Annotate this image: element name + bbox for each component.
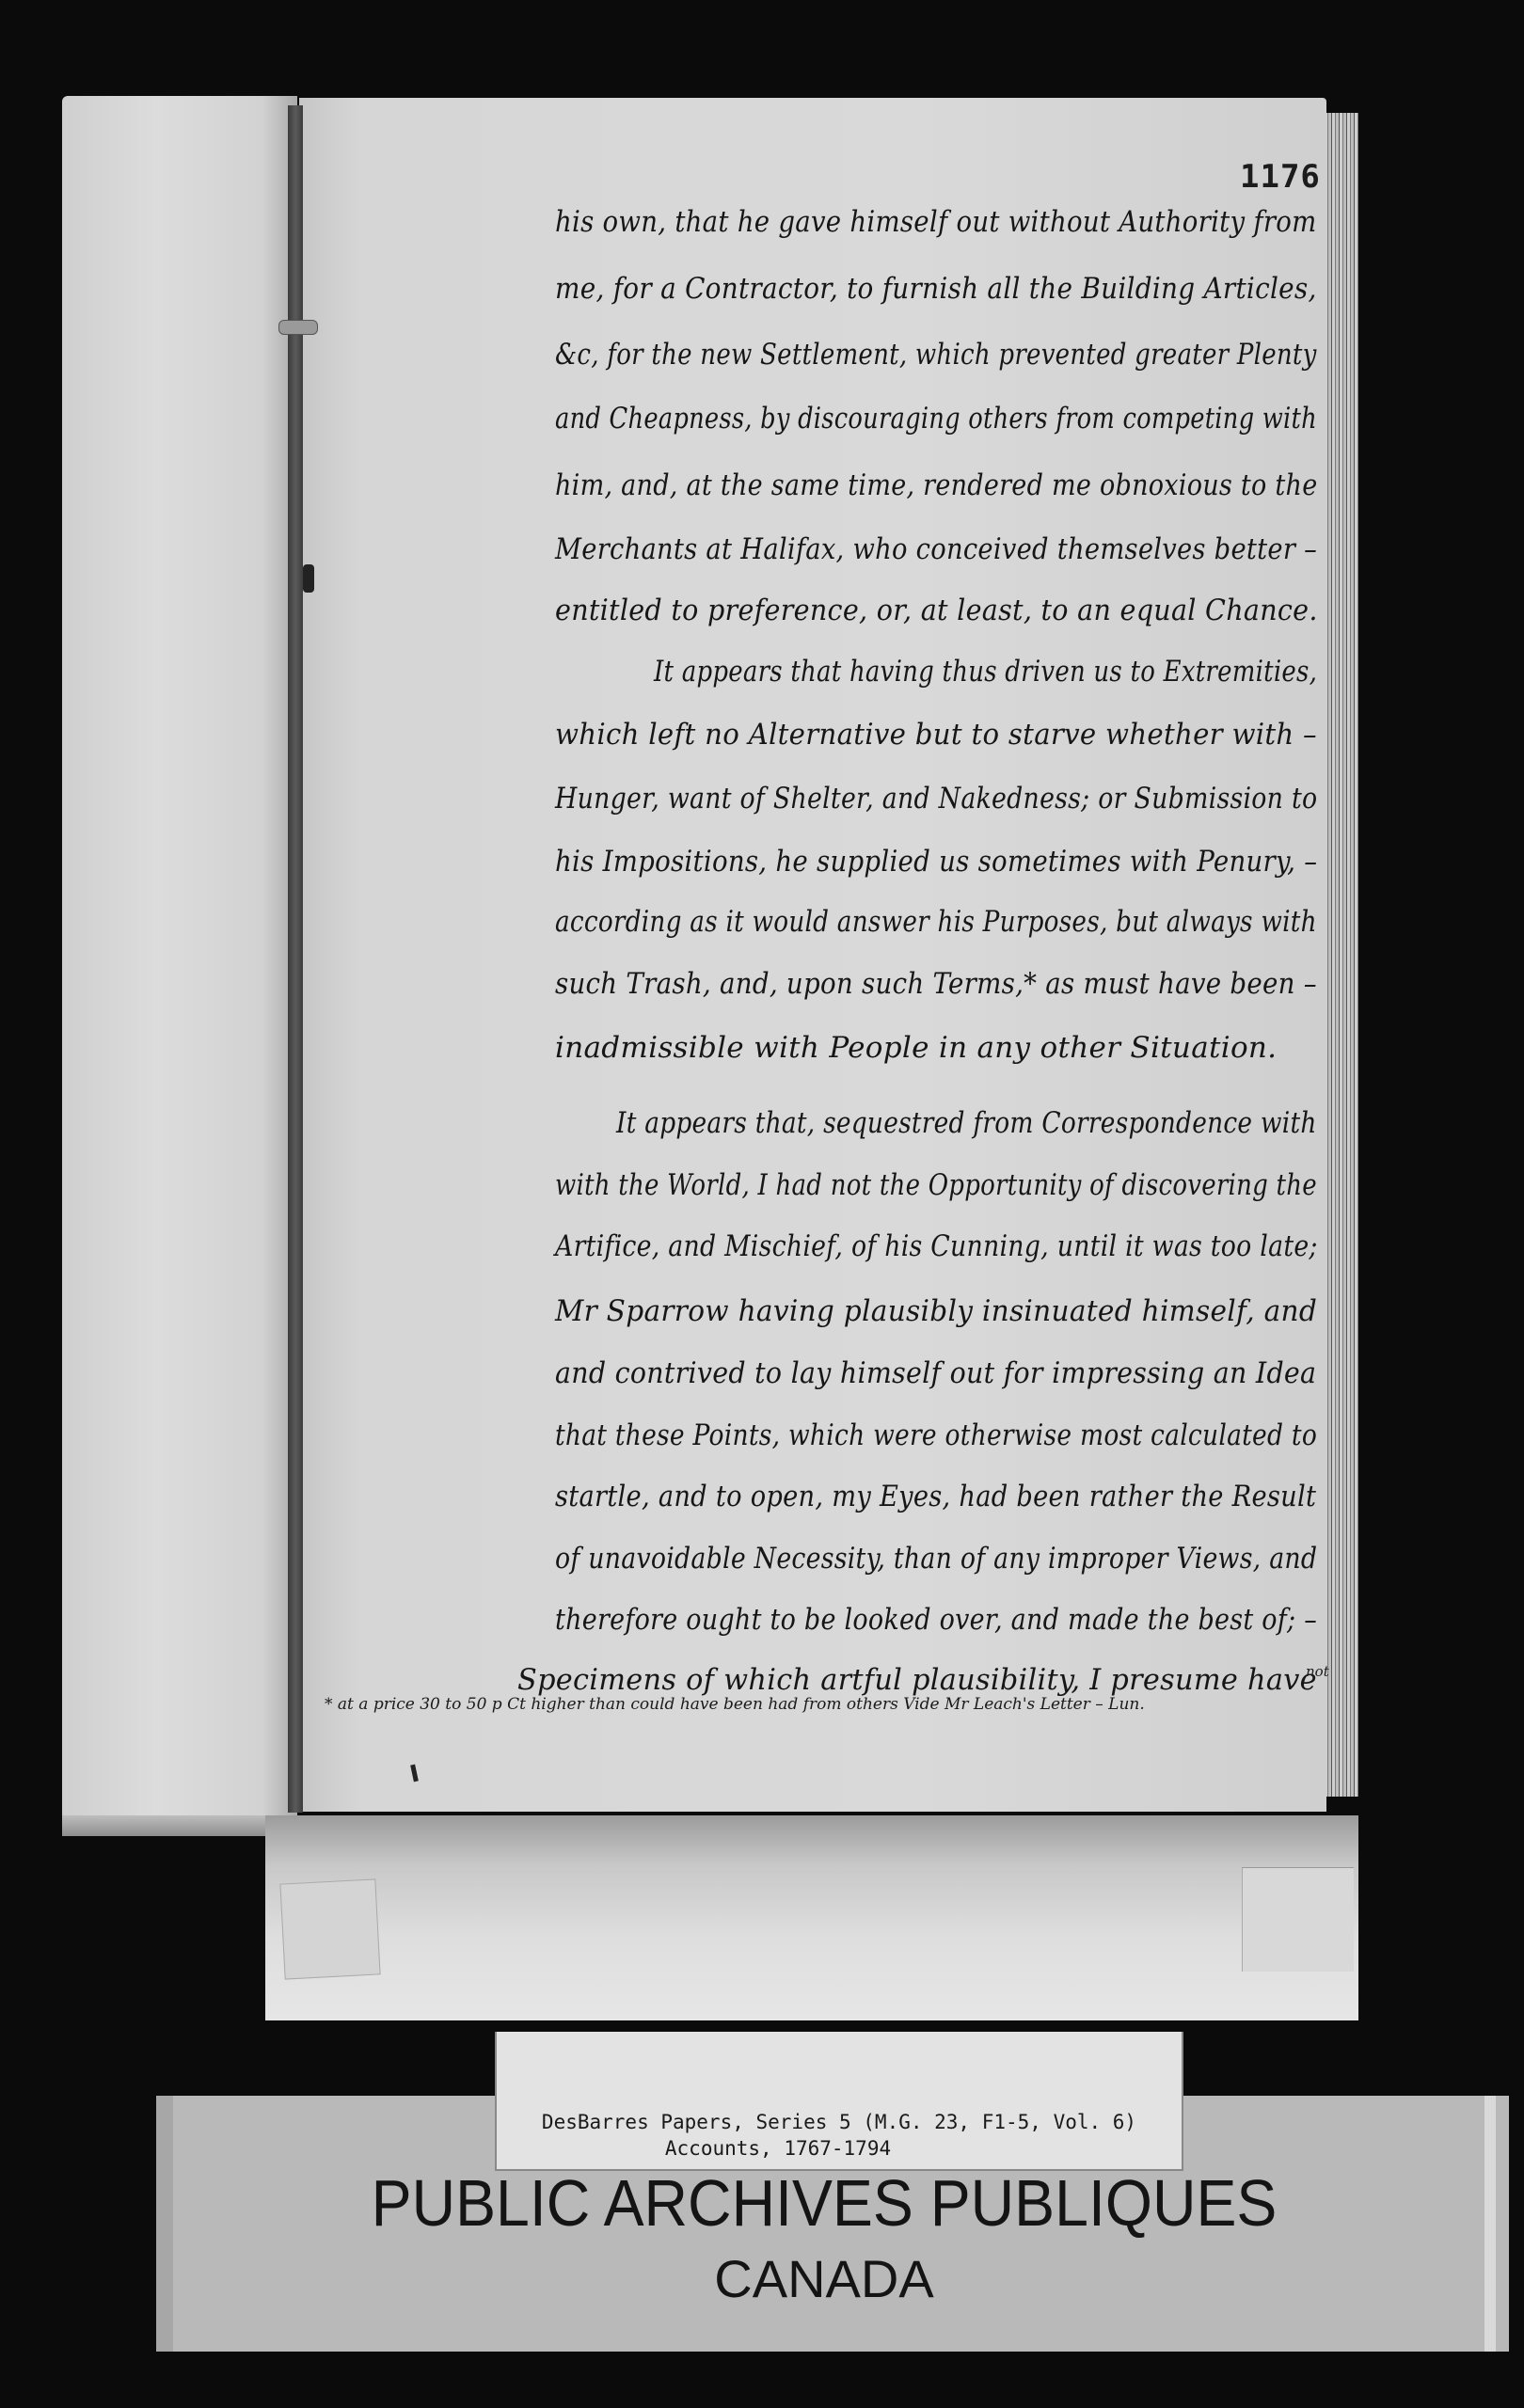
- manuscript-line: and contrived to lay himself out for imp…: [555, 1356, 1316, 1390]
- manuscript-line-paragraph-start: Specimens of which artful plausibility, …: [517, 1663, 1317, 1697]
- manuscript-line: with the World, I had not the Opportunit…: [555, 1168, 1317, 1202]
- manuscript-line: Artifice, and Mischief, of his Cunning, …: [555, 1229, 1318, 1263]
- interlinear-insertion: not: [1306, 1663, 1329, 1680]
- typed-reference-slip: DesBarres Papers, Series 5 (M.G. 23, F1-…: [495, 2032, 1183, 2171]
- manuscript-line: inadmissible with People in any other Si…: [555, 1031, 1277, 1065]
- paper-repair-patch: [279, 1878, 380, 1979]
- manuscript-line: that these Points, which were otherwise …: [555, 1418, 1317, 1452]
- left-blank-page: [62, 96, 297, 1834]
- page-edge-stack: [1325, 113, 1358, 1797]
- manuscript-line: entitled to preference, or, at least, to…: [555, 594, 1318, 627]
- book-gutter: [288, 105, 303, 1813]
- collection-reference: DesBarres Papers, Series 5 (M.G. 23, F1-…: [497, 2111, 1182, 2133]
- manuscript-line: Mr Sparrow having plausibly insinuated h…: [555, 1294, 1317, 1328]
- paper-repair-patch: [1242, 1867, 1354, 1972]
- collection-subtitle: Accounts, 1767-1794: [497, 2137, 1182, 2160]
- footnote: * at a price 30 to 50 p Ct higher than c…: [325, 1695, 1145, 1714]
- lower-paper-slip: [265, 1815, 1358, 2020]
- manuscript-line: according as it would answer his Purpose…: [555, 905, 1317, 939]
- left-page-bottom-edge: [62, 1815, 297, 1836]
- manuscript-line: me, for a Contractor, to furnish all the…: [555, 272, 1317, 306]
- binding-thread-icon: [278, 320, 318, 335]
- folio-number: 1176: [1240, 158, 1321, 196]
- manuscript-line: Hunger, want of Shelter, and Nakedness; …: [555, 782, 1317, 816]
- manuscript-line: which left no Alternative but to starve …: [555, 718, 1317, 752]
- manuscript-line: his Impositions, he supplied us sometime…: [555, 845, 1317, 879]
- manuscript-line: and Cheapness, by discouraging others fr…: [555, 402, 1317, 436]
- manuscript-line: such Trash, and, upon such Terms,* as mu…: [555, 967, 1317, 1001]
- archive-country: CANADA: [156, 2248, 1492, 2309]
- manuscript-line: therefore ought to be looked over, and m…: [555, 1603, 1317, 1637]
- manuscript-line: of unavoidable Necessity, than of any im…: [555, 1542, 1317, 1576]
- manuscript-line-paragraph-start: It appears that, sequestred from Corresp…: [616, 1106, 1317, 1140]
- manuscript-line: startle, and to open, my Eyes, had been …: [555, 1480, 1316, 1513]
- manuscript-line: his own, that he gave himself out withou…: [555, 205, 1317, 239]
- manuscript-line: Merchants at Halifax, who conceived them…: [555, 532, 1317, 566]
- archive-label-edge: [1484, 2096, 1496, 2352]
- manuscript-line-paragraph-start: It appears that having thus driven us to…: [654, 655, 1317, 689]
- archive-title: PUBLIC ARCHIVES PUBLIQUES: [210, 2165, 1438, 2241]
- manuscript-line: &c, for the new Settlement, which preven…: [555, 338, 1317, 372]
- binding-knot-icon: [303, 564, 314, 593]
- manuscript-line: him, and, at the same time, rendered me …: [555, 468, 1317, 502]
